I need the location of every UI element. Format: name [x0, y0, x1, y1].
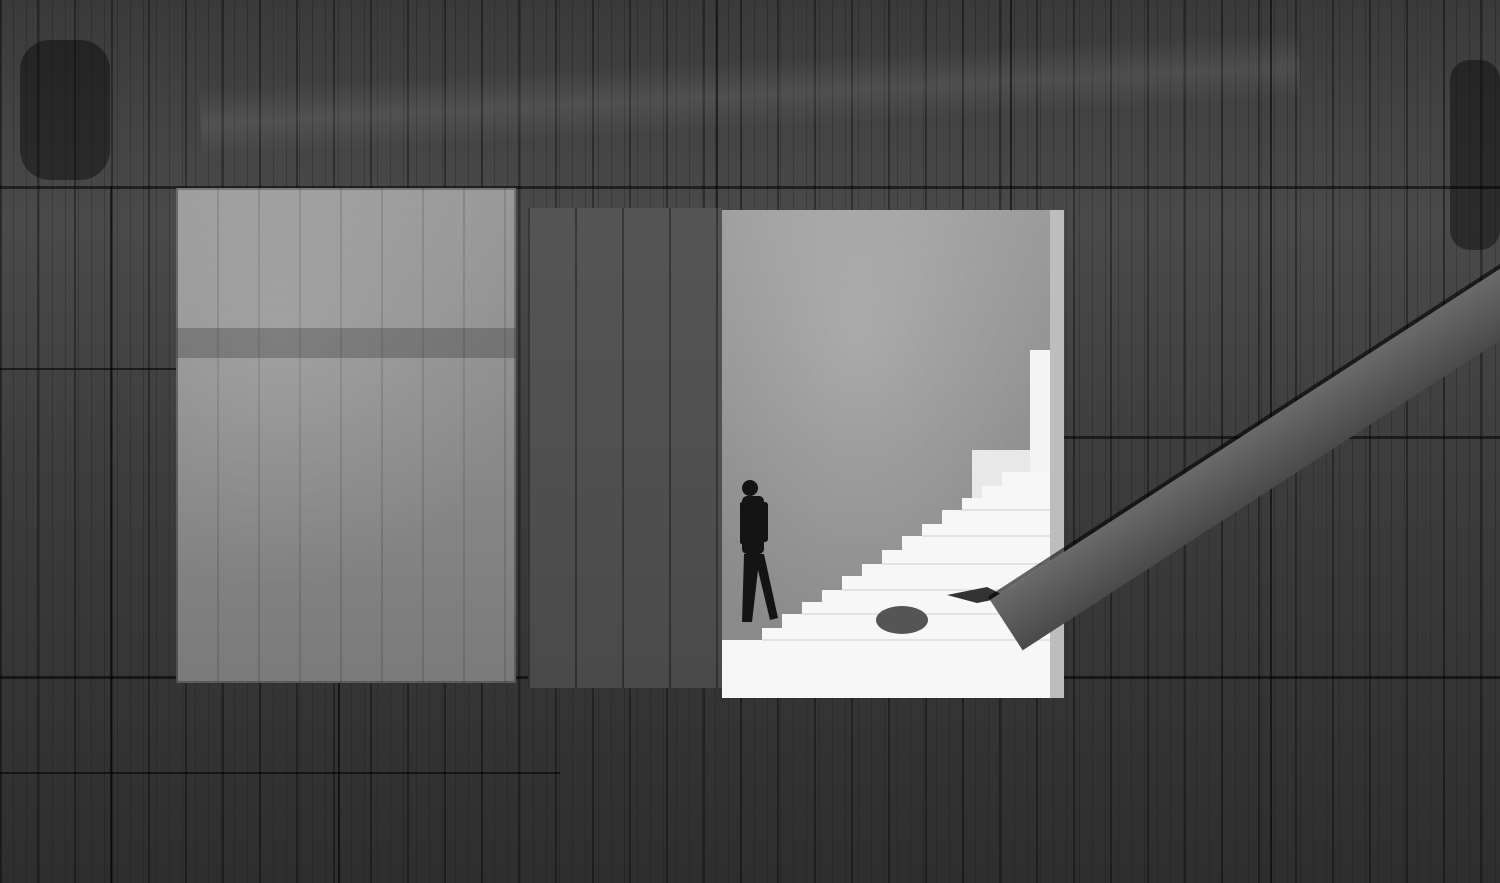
stain: [1450, 60, 1500, 250]
stain-band: [176, 328, 516, 358]
left-window-opening: [176, 188, 516, 683]
middle-wall-panel: [528, 208, 722, 688]
man-figure: [740, 480, 778, 622]
photo-scene: [0, 0, 1500, 883]
debris: [876, 606, 928, 634]
seam: [110, 186, 112, 883]
seam: [338, 683, 340, 883]
seam: [0, 368, 176, 370]
diagonal-ramp: [990, 262, 1500, 650]
staircase: [722, 472, 1050, 698]
light-streak: [199, 31, 1301, 158]
stain: [20, 40, 110, 180]
seam: [716, 0, 718, 210]
seam: [1010, 0, 1012, 210]
seam: [0, 772, 560, 774]
